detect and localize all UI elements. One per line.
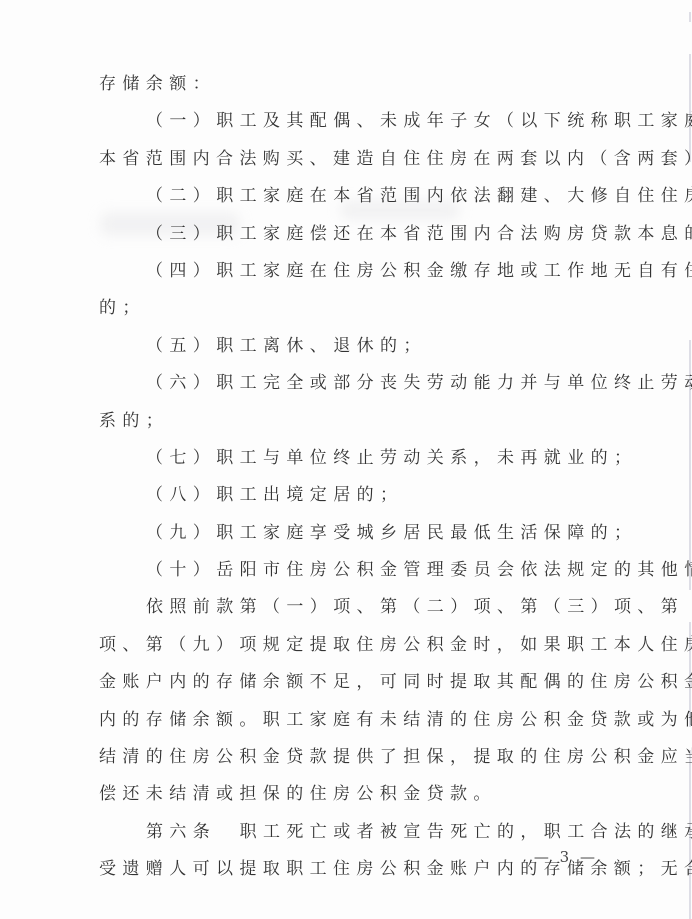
text-line: 本省范围内合法购买、建造自住住房在两套以内（含两套）的； (99, 141, 601, 178)
text-line: （一）职工及其配偶、未成年子女（以下统称职工家庭）在 (99, 103, 601, 140)
scan-edge-line (689, 54, 691, 162)
text-line: 内的存储余额。职工家庭有未结清的住房公积金贷款或为他人未 (99, 702, 601, 739)
text-line: （四）职工家庭在住房公积金缴存地或工作地无自有住房 (99, 253, 601, 290)
text-line: 受遗赠人可以提取职工住房公积金账户内的存储余额；无合法继 (99, 851, 601, 888)
text-line: （十）岳阳市住房公积金管理委员会依法规定的其他情形。 (99, 552, 601, 589)
text-line: （二）职工家庭在本省范围内依法翻建、大修自住住房的； (99, 178, 601, 215)
text-line: 系的； (99, 403, 601, 440)
text-line: 依照前款第（一）项、第（二）项、第（三）项、第（四） (99, 589, 601, 626)
text-line: 的； (99, 290, 601, 327)
text-line: （九）职工家庭享受城乡居民最低生活保障的； (99, 515, 601, 552)
text-line: （三）职工家庭偿还在本省范围内合法购房贷款本息的； (99, 216, 601, 253)
text-line: 存储余额： (99, 66, 601, 103)
text-line: （七）职工与单位终止劳动关系，未再就业的； (99, 440, 601, 477)
text-line: 偿还未结清或担保的住房公积金贷款。 (99, 776, 601, 813)
text-line: （五）职工离休、退休的； (99, 328, 601, 365)
scan-edge-line (689, 12, 691, 22)
text-line: 第六条 职工死亡或者被宣告死亡的，职工合法的继承人和 (99, 814, 601, 851)
document-body: 存储余额：（一）职工及其配偶、未成年子女（以下统称职工家庭）在本省范围内合法购买… (99, 66, 601, 889)
text-line: 结清的住房公积金贷款提供了担保，提取的住房公积金应当优先 (99, 739, 601, 776)
text-line: 金账户内的存储余额不足，可同时提取其配偶的住房公积金账户 (99, 664, 601, 701)
text-line: （六）职工完全或部分丧失劳动能力并与单位终止劳动关 (99, 365, 601, 402)
text-line: 项、第（九）项规定提取住房公积金时，如果职工本人住房公积 (99, 627, 601, 664)
page-number: — 3 — (534, 848, 598, 866)
text-line: （八）职工出境定居的； (99, 477, 601, 514)
